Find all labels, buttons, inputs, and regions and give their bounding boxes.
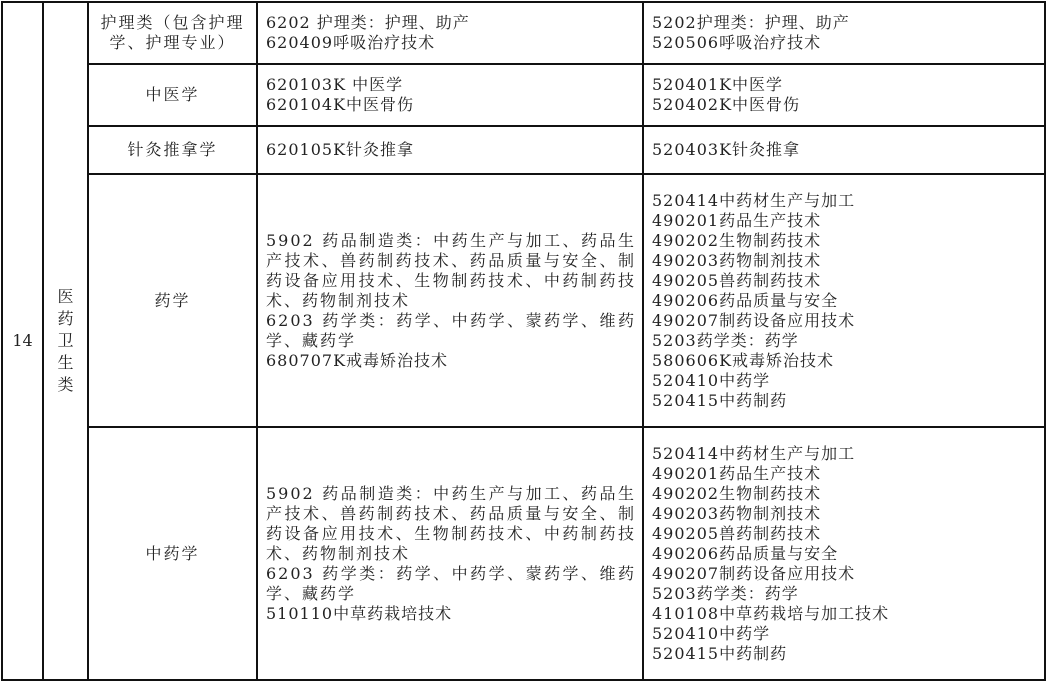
- code-line: 620409呼吸治疗技术: [266, 33, 636, 53]
- table-row: 中医学 620103K 中医学 620104K中医骨伤 520401K中医学 5…: [2, 64, 1045, 126]
- code-line: 620105K针灸推拿: [266, 140, 636, 160]
- code-line: 490202生物制药技术: [652, 484, 1044, 504]
- previous-codes-cell: 6202 护理类：护理、助产 620409呼吸治疗技术: [257, 2, 643, 64]
- major-name-cell: 护理类（包含护理学、护理专业）: [88, 2, 257, 64]
- previous-codes-cell: 5902 药品制造类：中药生产与加工、药品生产技术、兽药制药技术、药品质量与安全…: [257, 427, 643, 680]
- code-line: 520415中药制药: [652, 644, 1044, 664]
- code-line: 520414中药材生产与加工: [652, 444, 1044, 464]
- code-line: 490203药物制剂技术: [652, 504, 1044, 524]
- code-line: 490203药物制剂技术: [652, 251, 1044, 271]
- code-line: 520401K中医学: [652, 75, 1044, 95]
- code-line: 520402K中医骨伤: [652, 95, 1044, 115]
- category-cell: 医药卫生类: [43, 2, 88, 680]
- code-line: 520410中药学: [652, 371, 1044, 391]
- category-label: 医药卫生类: [57, 286, 75, 396]
- code-line: 520506呼吸治疗技术: [652, 33, 1044, 53]
- code-line: 510110中草药栽培技术: [266, 604, 636, 624]
- code-line: 580606K戒毒矫治技术: [652, 351, 1044, 371]
- major-name-cell: 针灸推拿学: [88, 126, 257, 174]
- code-line: 410108中草药栽培与加工技术: [652, 604, 1044, 624]
- major-name: 针灸推拿学: [89, 140, 256, 160]
- code-line: 490206药品质量与安全: [652, 544, 1044, 564]
- major-name-cell: 中药学: [88, 427, 257, 680]
- code-line: 490202生物制药技术: [652, 231, 1044, 251]
- code-line: 520414中药材生产与加工: [652, 191, 1044, 211]
- table-row: 14 医药卫生类 护理类（包含护理学、护理专业） 6202 护理类：护理、助产 …: [2, 2, 1045, 64]
- code-line: 490205兽药制药技术: [652, 271, 1044, 291]
- code-line: 490201药品生产技术: [652, 464, 1044, 484]
- major-name: 中药学: [89, 544, 256, 564]
- major-name-cell: 药学: [88, 174, 257, 427]
- table-row: 中药学 5902 药品制造类：中药生产与加工、药品生产技术、兽药制药技术、药品质…: [2, 427, 1045, 680]
- code-line: 680707K戒毒矫治技术: [266, 351, 636, 371]
- major-mapping-table: 14 医药卫生类 护理类（包含护理学、护理专业） 6202 护理类：护理、助产 …: [1, 1, 1046, 681]
- code-line: 490201药品生产技术: [652, 211, 1044, 231]
- code-line: 490206药品质量与安全: [652, 291, 1044, 311]
- code-line: 6203 药学类：药学、中药学、蒙药学、维药学、藏药学: [266, 564, 636, 604]
- code-line: 490207制药设备应用技术: [652, 311, 1044, 331]
- code-line: 490205兽药制药技术: [652, 524, 1044, 544]
- code-line: 5202护理类：护理、助产: [652, 13, 1044, 33]
- code-line: 520410中药学: [652, 624, 1044, 644]
- major-name-cell: 中医学: [88, 64, 257, 126]
- code-line: 620103K 中医学: [266, 75, 636, 95]
- current-codes-cell: 5202护理类：护理、助产 520506呼吸治疗技术: [643, 2, 1045, 64]
- previous-codes-cell: 5902 药品制造类：中药生产与加工、药品生产技术、兽药制药技术、药品质量与安全…: [257, 174, 643, 427]
- code-line: 520415中药制药: [652, 391, 1044, 411]
- table-row: 针灸推拿学 620105K针灸推拿 520403K针灸推拿: [2, 126, 1045, 174]
- current-codes-cell: 520414中药材生产与加工 490201药品生产技术 490202生物制药技术…: [643, 174, 1045, 427]
- code-line: 5902 药品制造类：中药生产与加工、药品生产技术、兽药制药技术、药品质量与安全…: [266, 231, 636, 311]
- code-line: 5203药学类：药学: [652, 584, 1044, 604]
- code-line: 620104K中医骨伤: [266, 95, 636, 115]
- code-line: 6203 药学类：药学、中药学、蒙药学、维药学、藏药学: [266, 311, 636, 351]
- current-codes-cell: 520401K中医学 520402K中医骨伤: [643, 64, 1045, 126]
- major-name: 药学: [89, 291, 256, 311]
- major-name: 护理类（包含护理学、护理专业）: [89, 13, 256, 53]
- code-line: 5203药学类：药学: [652, 331, 1044, 351]
- current-codes-cell: 520403K针灸推拿: [643, 126, 1045, 174]
- sequence-number: 14: [2, 2, 43, 680]
- major-name: 中医学: [89, 85, 256, 105]
- current-codes-cell: 520414中药材生产与加工 490201药品生产技术 490202生物制药技术…: [643, 427, 1045, 680]
- table-row: 药学 5902 药品制造类：中药生产与加工、药品生产技术、兽药制药技术、药品质量…: [2, 174, 1045, 427]
- previous-codes-cell: 620103K 中医学 620104K中医骨伤: [257, 64, 643, 126]
- code-line: 490207制药设备应用技术: [652, 564, 1044, 584]
- code-line: 6202 护理类：护理、助产: [266, 13, 636, 33]
- code-line: 5902 药品制造类：中药生产与加工、药品生产技术、兽药制药技术、药品质量与安全…: [266, 484, 636, 564]
- previous-codes-cell: 620105K针灸推拿: [257, 126, 643, 174]
- code-line: 520403K针灸推拿: [652, 140, 1044, 160]
